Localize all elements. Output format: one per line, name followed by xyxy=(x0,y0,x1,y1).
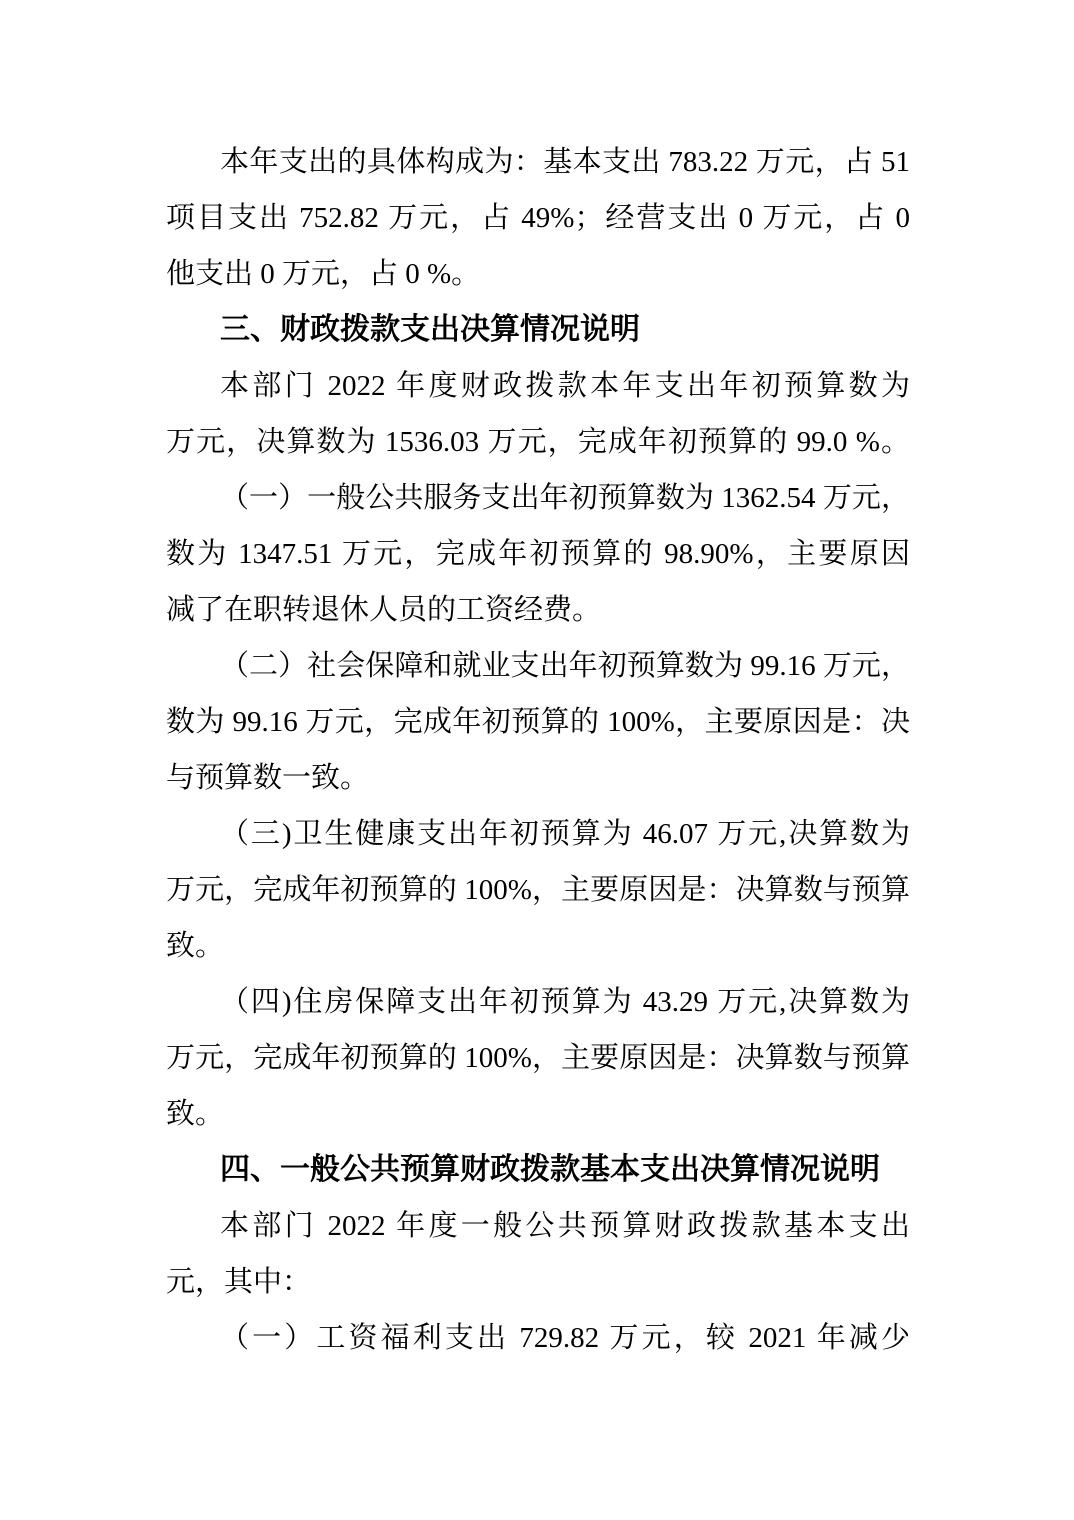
body-line: （一）一般公共服务支出年初预算数为 1362.54 万元，决算 xyxy=(166,470,910,526)
body-line: 本部门 2022 年度一般公共预算财政拨款基本支出 783.22 万 xyxy=(166,1198,910,1254)
document-text: 本年支出的具体构成为：基本支出 783.22 万元，占 51 %； 项目支出 7… xyxy=(166,134,910,1366)
body-line: 万元，完成年初预算的 100%，主要原因是：决算数与预算数一 xyxy=(166,862,910,918)
body-line: （二）社会保障和就业支出年初预算数为 99.16 万元，决算 xyxy=(166,638,910,694)
body-line: 万元，决算数为 1536.03 万元，完成年初预算的 99.0 %。其中： xyxy=(166,414,910,470)
body-line: 项目支出 752.82 万元，占 49%；经营支出 0 万元，占 0 %；其 xyxy=(166,190,910,246)
section-heading: 四、一般公共预算财政拨款基本支出决算情况说明 xyxy=(166,1142,910,1198)
body-line: 本年支出的具体构成为：基本支出 783.22 万元，占 51 %； xyxy=(166,134,910,190)
section-heading: 三、财政拨款支出决算情况说明 xyxy=(166,302,910,358)
body-line: 本部门 2022 年度财政拨款本年支出年初预算数为 1551.06 xyxy=(166,358,910,414)
body-line: （四)住房保障支出年初预算为 43.29 万元,决算数为 43.29 xyxy=(166,974,910,1030)
document-page: 本年支出的具体构成为：基本支出 783.22 万元，占 51 %； 项目支出 7… xyxy=(0,0,1074,1520)
body-line: （三)卫生健康支出年初预算为 46.07 万元,决算数为 46.07 xyxy=(166,806,910,862)
body-line: 数为 1347.51 万元，完成年初预算的 98.90%，主要原因是：扣 xyxy=(166,526,910,582)
body-line: 数为 99.16 万元，完成年初预算的 100%，主要原因是：决算数 xyxy=(166,694,910,750)
body-line: 与预算数一致。 xyxy=(166,750,910,806)
body-line: 万元，完成年初预算的 100%，主要原因是：决算数与预算数一 xyxy=(166,1030,910,1086)
body-line: 致。 xyxy=(166,1086,910,1142)
body-line: （一）工资福利支出 729.82 万元，较 2021 年减少 181.23 xyxy=(166,1310,910,1366)
body-line: 元，其中： xyxy=(166,1254,910,1310)
body-line: 致。 xyxy=(166,918,910,974)
body-line: 他支出 0 万元，占 0 %。 xyxy=(166,246,910,302)
body-line: 减了在职转退休人员的工资经费。 xyxy=(166,582,910,638)
